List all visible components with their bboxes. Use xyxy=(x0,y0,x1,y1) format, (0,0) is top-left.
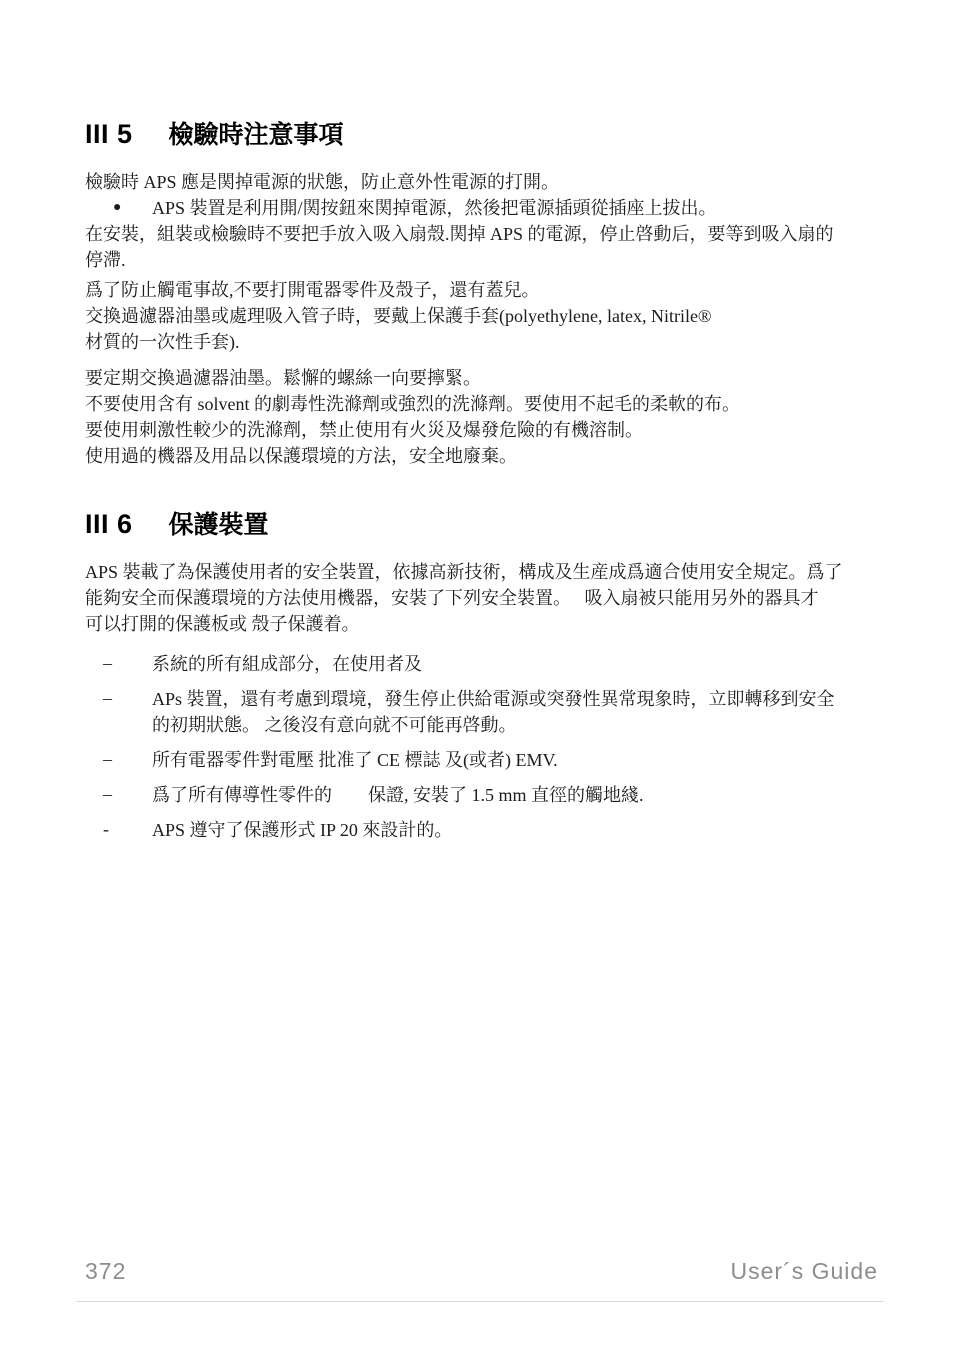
page-footer: 372 User´s Guide xyxy=(85,1258,878,1285)
paragraph-safety-devices: APS 裝載了為保護使用者的安全裝置，依據高新技術，構成及生産成爲適合使用安全規… xyxy=(85,559,894,637)
text-line: 在安裝，組裝或檢驗時不要把手放入吸入扇殼.関掉 APS 的電源，停止啓動后，要等… xyxy=(85,221,894,247)
dash-icon: – xyxy=(85,747,152,773)
text-line: 要定期交換過濾器油墨。鬆懈的螺絲一向要擰緊。 xyxy=(85,365,894,391)
text-line: 爲了防止觸電事故,不要打開電器零件及殼子，還有蓋兒。 xyxy=(85,277,894,303)
text-line: 使用過的機器及用品以保護環境的方法，安全地廢棄。 xyxy=(85,443,894,469)
section-number: III 6 xyxy=(85,509,133,540)
footer-divider xyxy=(76,1301,884,1302)
list-item-text: APS 遵守了保護形式 IP 20 來設計的。 xyxy=(152,817,452,843)
text-line: 的初期狀態。 之後沒有意向就不可能再啓動。 xyxy=(152,712,835,738)
page-number: 372 xyxy=(85,1258,126,1285)
list-item: – 系統的所有組成部分，在使用者及 xyxy=(85,651,894,677)
text-line: 檢驗時 APS 應是関掉電源的狀態，防止意外性電源的打開。 xyxy=(85,169,894,195)
dash-icon: – xyxy=(85,686,152,738)
paragraph-electric-shock: 爲了防止觸電事故,不要打開電器零件及殼子，還有蓋兒。 交換過濾器油墨或處理吸入管… xyxy=(85,277,894,355)
dash-icon: - xyxy=(85,817,152,843)
list-item-text: 系統的所有組成部分，在使用者及 xyxy=(152,651,422,677)
footer-guide-label: User´s Guide xyxy=(731,1258,878,1285)
section-number: III 5 xyxy=(85,119,133,150)
paragraph-power-off: 檢驗時 APS 應是関掉電源的狀態，防止意外性電源的打開。 ● APS 裝置是利… xyxy=(85,169,894,273)
list-item-text: APs 裝置，還有考慮到環境，發生停止供給電源或突發性異常現象時，立即轉移到安全… xyxy=(152,686,835,738)
section-title: 檢驗時注意事項 xyxy=(169,115,344,151)
document-page: III 5 檢驗時注意事項 檢驗時 APS 應是関掉電源的狀態，防止意外性電源的… xyxy=(0,0,954,1350)
paragraph-maintenance: 要定期交換過濾器油墨。鬆懈的螺絲一向要擰緊。 不要使用含有 solvent 的劇… xyxy=(85,365,894,469)
list-item: – APs 裝置，還有考慮到環境，發生停止供給電源或突發性異常現象時，立即轉移到… xyxy=(85,686,894,738)
list-item-text: 爲了所有傳導性零件的 保證, 安裝了 1.5 mm 直徑的觸地綫. xyxy=(152,782,644,808)
text-line: 所有電器零件對電壓 批准了 CE 標誌 及(或者) EMV. xyxy=(152,747,558,773)
list-item: – 爲了所有傳導性零件的 保證, 安裝了 1.5 mm 直徑的觸地綫. xyxy=(85,782,894,808)
text-line: APS 裝載了為保護使用者的安全裝置，依據高新技術，構成及生産成爲適合使用安全規… xyxy=(85,559,894,585)
text-line: 要使用刺激性較少的洗滌劑，禁止使用有火災及爆發危險的有機溶制。 xyxy=(85,417,894,443)
dash-list: – 系統的所有組成部分，在使用者及 – APs 裝置，還有考慮到環境，發生停止供… xyxy=(85,651,894,843)
text-line: 系統的所有組成部分，在使用者及 xyxy=(152,651,422,677)
text-line: APs 裝置，還有考慮到環境，發生停止供給電源或突發性異常現象時，立即轉移到安全 xyxy=(152,686,835,712)
text-line: APS 遵守了保護形式 IP 20 來設計的。 xyxy=(152,817,452,843)
page-content: III 5 檢驗時注意事項 檢驗時 APS 應是関掉電源的狀態，防止意外性電源的… xyxy=(0,0,954,843)
bullet-text: APS 裝置是利用開/関按鈕來関掉電源，然後把電源插頭從插座上拔出。 xyxy=(152,195,717,221)
text-line: 可以打開的保護板或 殼子保護着。 xyxy=(85,611,894,637)
section-title: 保護裝置 xyxy=(169,505,269,541)
text-line: 材質的一次性手套). xyxy=(85,329,894,355)
dash-icon: – xyxy=(85,651,152,677)
section-heading-protective-devices: III 6 保護裝置 xyxy=(85,505,894,541)
list-item: - APS 遵守了保護形式 IP 20 來設計的。 xyxy=(85,817,894,843)
list-item: – 所有電器零件對電壓 批准了 CE 標誌 及(或者) EMV. xyxy=(85,747,894,773)
bullet-icon: ● xyxy=(113,195,152,221)
text-line: 爲了所有傳導性零件的 保證, 安裝了 1.5 mm 直徑的觸地綫. xyxy=(152,782,644,808)
bullet-item: ● APS 裝置是利用開/関按鈕來関掉電源，然後把電源插頭從插座上拔出。 xyxy=(85,195,894,221)
section-heading-inspection-notes: III 5 檢驗時注意事項 xyxy=(85,115,894,151)
text-line: 交換過濾器油墨或處理吸入管子時，要戴上保護手套(polyethylene, la… xyxy=(85,303,894,329)
text-line: 不要使用含有 solvent 的劇毒性洗滌劑或強烈的洗滌劑。要使用不起毛的柔軟的… xyxy=(85,391,894,417)
text-line: 停滯. xyxy=(85,247,894,273)
list-item-text: 所有電器零件對電壓 批准了 CE 標誌 及(或者) EMV. xyxy=(152,747,558,773)
text-line: 能夠安全而保護環境的方法使用機器，安裝了下列安全裝置。 吸入扇被只能用另外的器具… xyxy=(85,585,894,611)
dash-icon: – xyxy=(85,782,152,808)
